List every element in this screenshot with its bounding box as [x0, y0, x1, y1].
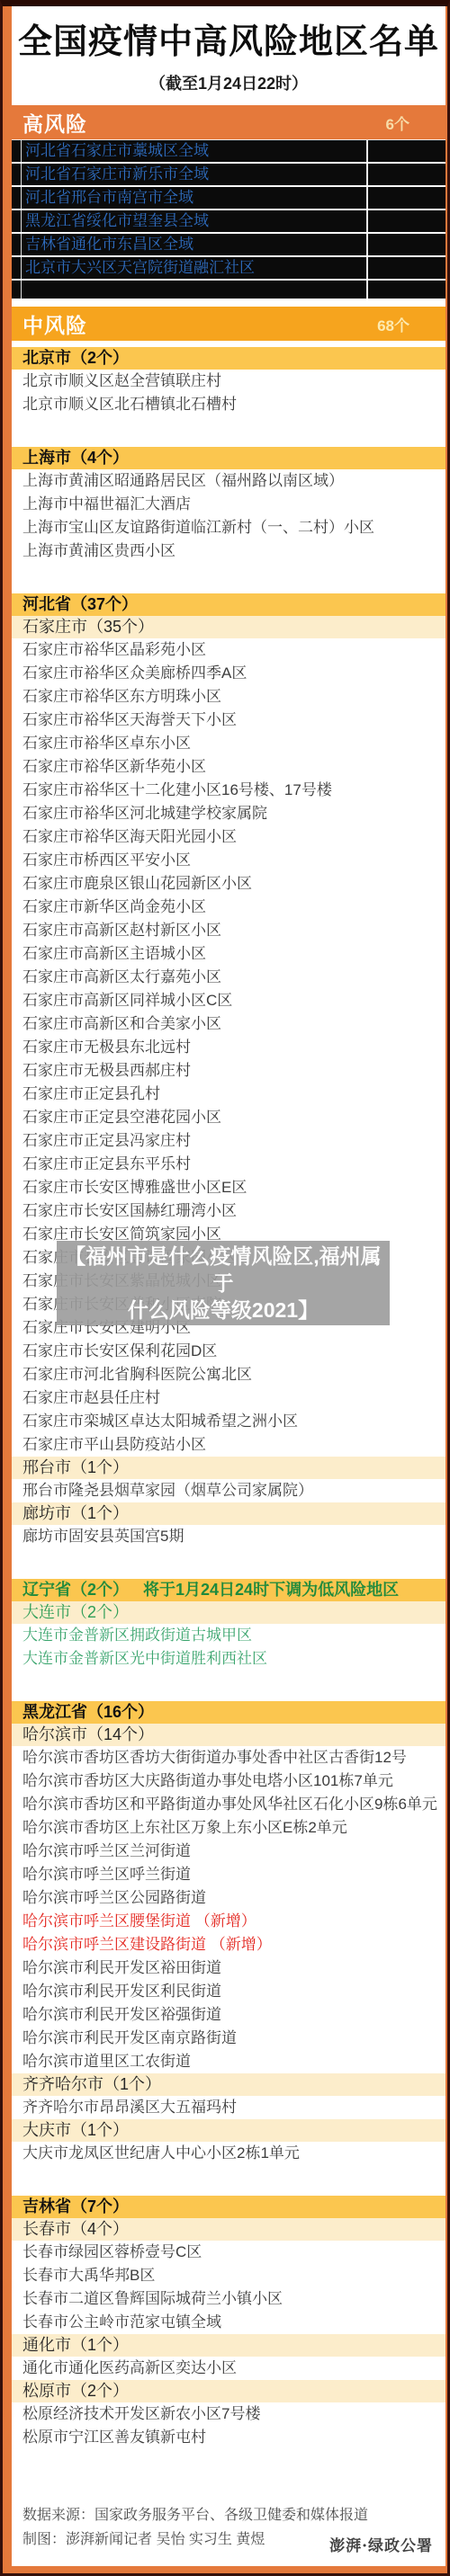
- high-risk-empty-row: [12, 281, 445, 299]
- risk-area-item: 石家庄市高新区和合美家小区: [12, 1012, 445, 1036]
- risk-area-item: 哈尔滨市呼兰区呼兰街道: [12, 1863, 445, 1886]
- watermark-overlay: 【福州市是什么疫情风险区,福州属于 什么风险等级2021】: [57, 1241, 390, 1325]
- risk-area-item: 哈尔滨市香坊区上东社区万象上东小区E栋2单元: [12, 1816, 445, 1840]
- row-right-cell: [366, 187, 445, 209]
- risk-area-item: 廊坊市固安县英国宫5期: [12, 1525, 445, 1548]
- medium-risk-list: 北京市（2个）北京市顺义区赵全营镇联庄村北京市顺义区北石槽镇北石槽村上海市（4个…: [12, 347, 445, 2449]
- row-right-cell: [366, 164, 445, 185]
- high-risk-label: 高风险: [22, 108, 87, 138]
- risk-area-item: 上海市宝山区友谊路街道临江新村（一、二村）小区: [12, 516, 445, 539]
- risk-area-item: 哈尔滨市呼兰区腰堡街道 （新增）: [12, 1910, 445, 1933]
- page-title: 全国疫情中高风险地区名单: [17, 21, 440, 64]
- page-header: 全国疫情中高风险地区名单 （截至1月24日22时）: [12, 6, 445, 105]
- publisher-logo: 澎湃·绿政公署: [329, 2533, 433, 2555]
- risk-area-item: 石家庄市高新区太行嘉苑小区: [12, 966, 445, 989]
- risk-area-item: 松原市宁江区善友镇新屯村: [12, 2426, 445, 2449]
- province-note: 将于1月24日24时下调为低风险地区: [143, 1581, 399, 1599]
- risk-area-item: 上海市黄浦区贵西小区: [12, 539, 445, 563]
- risk-area-item: 石家庄市无极县西郝庄村: [12, 1059, 445, 1083]
- province-name: 北京市（2个）: [22, 349, 129, 367]
- infographic-frame: 全国疫情中高风险地区名单 （截至1月24日22时） 高风险 6个 河北省石家庄市…: [0, 0, 450, 2576]
- data-source-line: 数据来源：国家政务服务平台、各级卫健委和媒体报道: [22, 2503, 435, 2527]
- risk-area-item: 石家庄市正定县冯家庄村: [12, 1129, 445, 1153]
- page-subtitle: （截至1月24日22时）: [17, 71, 440, 94]
- watermark-line2: 什么风险等级2021】: [57, 1297, 390, 1324]
- risk-area-item: 石家庄市长安区保利花园D区: [12, 1340, 445, 1363]
- page-footer: 数据来源：国家政务服务平台、各级卫健委和媒体报道 制图：澎湃新闻记者 吴怡 实习…: [12, 2480, 445, 2566]
- risk-area-item: 大庆市龙凤区世纪唐人中心小区2栋1单元: [12, 2142, 445, 2165]
- city-subheader: 通化市（1个）: [12, 2334, 445, 2357]
- risk-area-item: 北京市顺义区赵全营镇联庄村: [12, 370, 445, 393]
- risk-area-item: 石家庄市栾城区卓达太阳城希望之洲小区: [12, 1410, 445, 1433]
- risk-area-item: 石家庄市正定县东平乐村: [12, 1153, 445, 1176]
- city-subheader: 邢台市（1个）: [12, 1457, 445, 1479]
- row-left-cell: [12, 187, 22, 209]
- risk-area-item: 上海市黄浦区昭通路居民区（福州路以南区域）: [12, 469, 445, 493]
- province-block: 辽宁省（2个）将于1月24日24时下调为低风险地区大连市（2个）大连市金普新区拥…: [12, 1579, 445, 1671]
- province-header: 上海市（4个）: [12, 447, 445, 469]
- risk-area-item: 石家庄市高新区赵村新区小区: [12, 919, 445, 942]
- risk-area-item: 通化市通化医药高新区奕达小区: [12, 2357, 445, 2380]
- risk-area-item: 长春市绿园区蓉桥壹号C区: [12, 2241, 445, 2264]
- city-subheader: 大连市（2个）: [12, 1601, 445, 1624]
- high-risk-row: 河北省石家庄市藁城区全域: [12, 140, 445, 164]
- risk-area-text: 黑龙江省绥化市望奎县全域: [22, 210, 366, 232]
- watermark-line1: 【福州市是什么疫情风险区,福州属于: [57, 1243, 390, 1297]
- high-risk-row: 吉林省通化市东昌区全域: [12, 234, 445, 257]
- risk-area-item: 石家庄市鹿泉区银山花园新区小区: [12, 872, 445, 896]
- risk-area-item: 石家庄市裕华区海天阳光园小区: [12, 825, 445, 849]
- risk-area-item: 哈尔滨市利民开发区裕强街道: [12, 2003, 445, 2027]
- risk-area-item: 石家庄市正定县孔村: [12, 1083, 445, 1106]
- medium-risk-band: 中风险 68个: [12, 307, 445, 341]
- row-right-cell: [366, 234, 445, 255]
- row-right-cell: [366, 257, 445, 279]
- risk-area-item: 哈尔滨市利民开发区利民街道: [12, 1980, 445, 2003]
- city-subheader: 齐齐哈尔市（1个）: [12, 2073, 445, 2096]
- new-added-tag: （新增）: [195, 1912, 256, 1930]
- row-left-cell: [12, 164, 22, 185]
- province-header: 吉林省（7个）: [12, 2196, 445, 2218]
- row-left-cell: [12, 210, 22, 232]
- province-block: 黑龙江省（16个）哈尔滨市（14个）哈尔滨市香坊区香坊大街街道办事处香中社区古香…: [12, 1701, 445, 2165]
- risk-area-item: 石家庄市河北省胸科医院公寓北区: [12, 1363, 445, 1386]
- city-subheader: 石家庄市（35个）: [12, 616, 445, 638]
- high-risk-row: 河北省邢台市南宫市全域: [12, 187, 445, 210]
- risk-area-item: 齐齐哈尔市昂昂溪区大五福玛村: [12, 2096, 445, 2119]
- risk-area-item: 哈尔滨市呼兰区公园路街道: [12, 1886, 445, 1910]
- row-right-cell: [366, 140, 445, 162]
- infographic-page: 全国疫情中高风险地区名单 （截至1月24日22时） 高风险 6个 河北省石家庄市…: [3, 6, 447, 2573]
- province-header: 河北省（37个）: [12, 593, 445, 616]
- province-name: 吉林省（7个）: [22, 2197, 129, 2215]
- new-added-tag: （新增）: [211, 1936, 272, 1953]
- province-header: 黑龙江省（16个）: [12, 1701, 445, 1724]
- city-subheader: 长春市（4个）: [12, 2218, 445, 2241]
- risk-area-item: 松原经济技术开发区新农小区7号楼: [12, 2402, 445, 2426]
- province-name: 河北省（37个）: [22, 595, 138, 613]
- province-block: 上海市（4个）上海市黄浦区昭通路居民区（福州路以南区域）上海市中福世福汇大酒店上…: [12, 447, 445, 563]
- risk-area-text: 河北省石家庄市新乐市全域: [22, 164, 366, 185]
- row-left-cell: [12, 140, 22, 162]
- risk-area-item: 石家庄市裕华区新华苑小区: [12, 755, 445, 779]
- risk-area-item: 石家庄市裕华区十二化建小区16号楼、17号楼: [12, 779, 445, 802]
- risk-area-item: 哈尔滨市香坊区香坊大街街道办事处香中社区古香街12号: [12, 1746, 445, 1769]
- risk-area-item: 石家庄市赵县任庄村: [12, 1386, 445, 1410]
- risk-area-text: 河北省邢台市南宫市全域: [22, 187, 366, 209]
- high-risk-row: 河北省石家庄市新乐市全域: [12, 164, 445, 187]
- risk-area-item: 石家庄市高新区主语城小区: [12, 942, 445, 966]
- province-block: 河北省（37个）石家庄市（35个）石家庄市裕华区晶彩苑小区石家庄市裕华区众美廊桥…: [12, 593, 445, 1548]
- province-name: 上海市（4个）: [22, 449, 129, 467]
- risk-area-item: 哈尔滨市香坊区大庆路街道办事处电塔小区101栋7单元: [12, 1769, 445, 1793]
- risk-area-item: 石家庄市长安区博雅盛世小区E区: [12, 1176, 445, 1199]
- city-subheader: 哈尔滨市（14个）: [12, 1724, 445, 1746]
- risk-area-item: 石家庄市高新区同祥城小区C区: [12, 989, 445, 1012]
- risk-area-item: 石家庄市裕华区河北城建学校家属院: [12, 802, 445, 825]
- risk-area-item: 哈尔滨市呼兰区兰河街道: [12, 1840, 445, 1863]
- risk-area-text: 河北省石家庄市藁城区全域: [22, 140, 366, 162]
- high-risk-count: 6个: [386, 111, 409, 134]
- high-risk-band: 高风险 6个: [12, 105, 445, 139]
- risk-area-item: 石家庄市新华区尚金苑小区: [12, 896, 445, 919]
- high-risk-row: 黑龙江省绥化市望奎县全域: [12, 210, 445, 234]
- risk-area-item: 石家庄市裕华区天海誉天下小区: [12, 709, 445, 732]
- city-subheader: 大庆市（1个）: [12, 2119, 445, 2142]
- risk-area-item: 大连市金普新区光中街道胜利西社区: [12, 1647, 445, 1671]
- risk-area-text: 北京市大兴区天宫院街道融汇社区: [22, 257, 366, 279]
- risk-area-item: 哈尔滨市利民开发区裕田街道: [12, 1957, 445, 1980]
- risk-area-item: 哈尔滨市利民开发区南京路街道: [12, 2027, 445, 2050]
- province-name: 黑龙江省（16个）: [22, 1703, 154, 1721]
- risk-area-item: 石家庄市裕华区东方明珠小区: [12, 685, 445, 709]
- risk-area-item: 长春市公主岭市范家屯镇全域: [12, 2311, 445, 2334]
- risk-area-item: 长春市大禹华邦B区: [12, 2264, 445, 2287]
- risk-area-text: 吉林省通化市东昌区全域: [22, 234, 366, 255]
- risk-area-item: 石家庄市平山县防疫站小区: [12, 1433, 445, 1457]
- row-left-cell: [12, 234, 22, 255]
- risk-area-item: 上海市中福世福汇大酒店: [12, 493, 445, 516]
- risk-area-item: 北京市顺义区北石槽镇北石槽村: [12, 393, 445, 416]
- medium-risk-label: 中风险: [22, 309, 87, 339]
- province-header: 北京市（2个）: [12, 347, 445, 370]
- risk-area-item: 石家庄市桥西区平安小区: [12, 849, 445, 872]
- province-name: 辽宁省（2个）: [22, 1581, 129, 1599]
- row-right-cell: [366, 210, 445, 232]
- risk-area-item: 哈尔滨市道里区工农街道: [12, 2050, 445, 2073]
- city-subheader: 廊坊市（1个）: [12, 1502, 445, 1525]
- risk-area-item: 哈尔滨市呼兰区建设路街道 （新增）: [12, 1933, 445, 1957]
- risk-area-item: 哈尔滨市香坊区和平路街道办事处风华社区石化小区9栋6单元: [12, 1793, 445, 1816]
- province-block: 吉林省（7个）长春市（4个）长春市绿园区蓉桥壹号C区长春市大禹华邦B区长春市二道…: [12, 2196, 445, 2449]
- high-risk-table: 河北省石家庄市藁城区全域河北省石家庄市新乐市全域河北省邢台市南宫市全域黑龙江省绥…: [12, 139, 445, 299]
- risk-area-item: 石家庄市无极县东北远村: [12, 1036, 445, 1059]
- risk-area-item: 石家庄市裕华区晶彩苑小区: [12, 638, 445, 662]
- risk-area-item: 邢台市隆尧县烟草家园（烟草公司家属院）: [12, 1479, 445, 1502]
- risk-area-item: 石家庄市裕华区卓东小区: [12, 732, 445, 755]
- city-subheader: 松原市（2个）: [12, 2380, 445, 2402]
- province-block: 北京市（2个）北京市顺义区赵全营镇联庄村北京市顺义区北石槽镇北石槽村: [12, 347, 445, 416]
- risk-area-item: 石家庄市长安区国赫红珊湾小区: [12, 1199, 445, 1223]
- high-risk-row: 北京市大兴区天宫院街道融汇社区: [12, 257, 445, 281]
- row-left-cell: [12, 257, 22, 279]
- risk-area-item: 长春市二道区鲁辉国际城荷兰小镇小区: [12, 2287, 445, 2311]
- province-header: 辽宁省（2个）将于1月24日24时下调为低风险地区: [12, 1579, 445, 1601]
- risk-area-item: 大连市金普新区拥政街道古城甲区: [12, 1624, 445, 1647]
- risk-area-item: 石家庄市正定县空港花园小区: [12, 1106, 445, 1129]
- risk-area-item: 石家庄市裕华区众美廊桥四季A区: [12, 662, 445, 685]
- medium-risk-count: 68个: [377, 313, 409, 335]
